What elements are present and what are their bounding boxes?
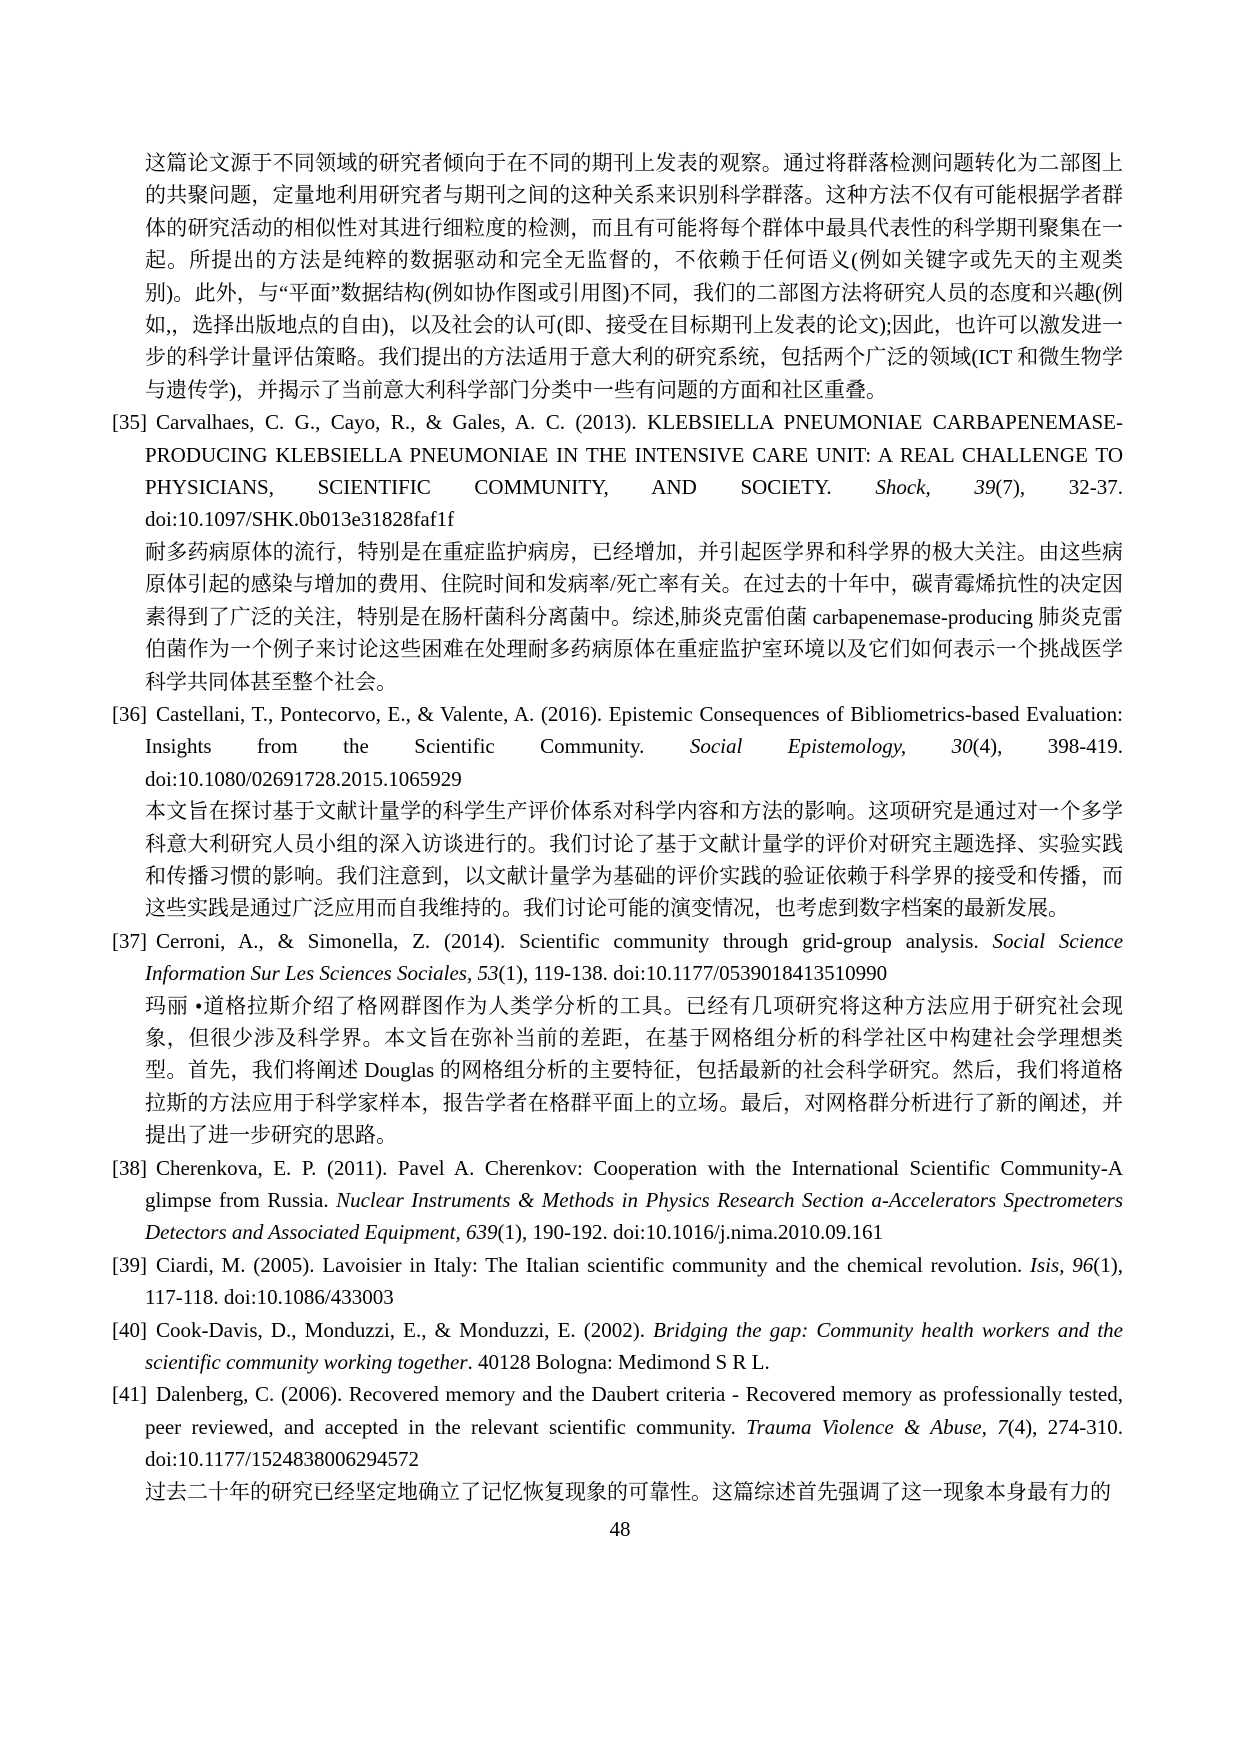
citation-text: Cook-Davis, D., Monduzzi, E., & Monduzzi… (156, 1318, 653, 1342)
reference-citation: [35]Carvalhaes, C. G., Cayo, R., & Gales… (145, 406, 1123, 536)
references-list: 这篇论文源于不同领域的研究者倾向于在不同的期刊上发表的观察。通过将群落检测问题转… (112, 147, 1123, 1508)
reference-citation: [39]Ciardi, M. (2005). Lavoisier in Ital… (145, 1249, 1123, 1314)
citation-journal: Trauma Violence & Abuse, 7 (746, 1415, 1008, 1439)
document-page: 这篇论文源于不同领域的研究者倾向于在不同的期刊上发表的观察。通过将群落检测问题转… (0, 0, 1240, 1753)
reference-entry: [35]Carvalhaes, C. G., Cayo, R., & Gales… (112, 406, 1123, 698)
reference-entry: [38]Cherenkova, E. P. (2011). Pavel A. C… (112, 1152, 1123, 1249)
reference-abstract: 过去二十年的研究已经坚定地确立了记忆恢复现象的可靠性。这篇综述首先强调了这一现象… (145, 1476, 1123, 1508)
reference-number: [38] (112, 1156, 147, 1180)
reference-entry: [40]Cook-Davis, D., Monduzzi, E., & Mond… (112, 1314, 1123, 1379)
citation-tail: . 40128 Bologna: Medimond S R L. (468, 1350, 770, 1374)
citation-journal: Social Epistemology, 30 (690, 734, 973, 758)
reference-citation: [37]Cerroni, A., & Simonella, Z. (2014).… (145, 925, 1123, 990)
reference-citation: [36]Castellani, T., Pontecorvo, E., & Va… (145, 698, 1123, 795)
reference-abstract: 耐多药病原体的流行，特别是在重症监护病房，已经增加，并引起医学界和科学界的极大关… (145, 536, 1123, 698)
reference-entry: [36]Castellani, T., Pontecorvo, E., & Va… (112, 698, 1123, 925)
reference-entry: [39]Ciardi, M. (2005). Lavoisier in Ital… (112, 1249, 1123, 1314)
reference-number: [35] (112, 410, 147, 434)
citation-text: Ciardi, M. (2005). Lavoisier in Italy: T… (156, 1253, 1030, 1277)
reference-citation: [40]Cook-Davis, D., Monduzzi, E., & Mond… (145, 1314, 1123, 1379)
reference-abstract: 玛丽 •道格拉斯介绍了格网群图作为人类学分析的工具。已经有几项研究将这种方法应用… (145, 990, 1123, 1152)
citation-journal: Shock, 39 (875, 475, 995, 499)
reference-citation: [41]Dalenberg, C. (2006). Recovered memo… (145, 1378, 1123, 1475)
reference-number: [41] (112, 1382, 147, 1406)
citation-tail: (1), 119-138. doi:10.1177/05390184135109… (498, 961, 887, 985)
citation-text: Cerroni, A., & Simonella, Z. (2014). Sci… (156, 929, 993, 953)
reference-entry: [37]Cerroni, A., & Simonella, Z. (2014).… (112, 925, 1123, 1152)
reference-number: [39] (112, 1253, 147, 1277)
reference-number: [40] (112, 1318, 147, 1342)
reference-citation: [38]Cherenkova, E. P. (2011). Pavel A. C… (145, 1152, 1123, 1249)
reference-number: [36] (112, 702, 147, 726)
reference-number: [37] (112, 929, 147, 953)
carryover-abstract-paragraph: 这篇论文源于不同领域的研究者倾向于在不同的期刊上发表的观察。通过将群落检测问题转… (145, 147, 1123, 406)
reference-entry: [41]Dalenberg, C. (2006). Recovered memo… (112, 1378, 1123, 1508)
citation-journal: Isis, 96 (1030, 1253, 1093, 1277)
reference-abstract: 本文旨在探讨基于文献计量学的科学生产评价体系对科学内容和方法的影响。这项研究是通… (145, 795, 1123, 925)
citation-tail: (1), 190-192. doi:10.1016/j.nima.2010.09… (497, 1220, 883, 1244)
page-number: 48 (0, 1513, 1240, 1545)
